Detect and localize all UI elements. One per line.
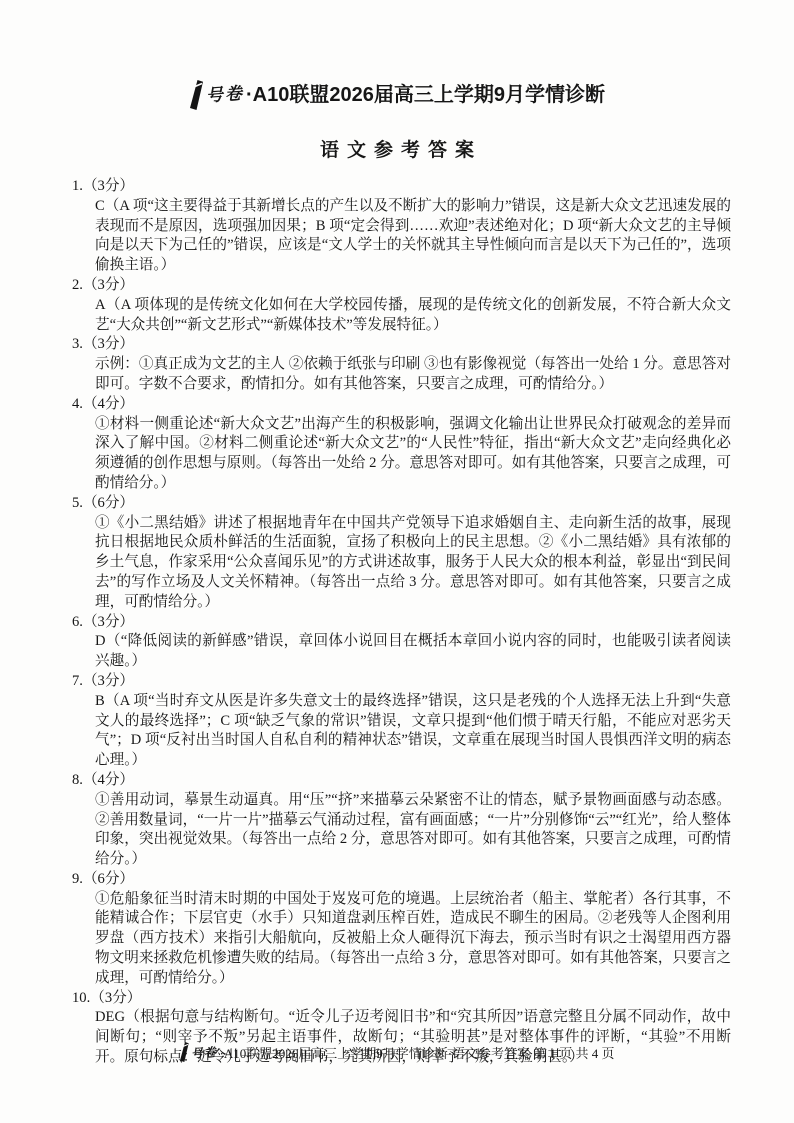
- logo-one-stroke-icon: [189, 80, 203, 110]
- page-title: 号卷 ·A10联盟2026届高三上学期9月学情诊断: [189, 80, 605, 110]
- answer-label: 7.（3分）: [72, 672, 731, 692]
- answer-item: 1.（3分）C（A 项“这主要得益于其新增长点的产生以及不断扩大的影响力”错误，…: [72, 177, 731, 276]
- answer-item: 4.（4分）①材料一侧重论述“新大众文艺”出海产生的积极影响，强调文化输出让世界…: [72, 395, 731, 494]
- page-header: 号卷 ·A10联盟2026届高三上学期9月学情诊断 语文参考答案: [0, 0, 794, 162]
- footer-brand-logo: 号卷: [179, 1042, 217, 1062]
- answer-body: B（A 项“当时弃文从医是许多失意文士的最终选择”错误，这只是老残的个人选择无法…: [95, 692, 731, 771]
- answer-body: ①善用动词，摹景生动逼真。用“压”“挤”来描摹云朵紧密不让的情态，赋予景物画面感…: [95, 791, 731, 870]
- answer-item: 8.（4分）①善用动词，摹景生动逼真。用“压”“挤”来描摹云朵紧密不让的情态，赋…: [72, 771, 731, 870]
- answer-label: 8.（4分）: [72, 771, 731, 791]
- answer-body: C（A 项“这主要得益于其新增长点的产生以及不断扩大的影响力”错误，这是新大众文…: [95, 197, 731, 276]
- page-title-text: ·A10联盟2026届高三上学期9月学情诊断: [246, 82, 605, 108]
- answer-item: 7.（3分）B（A 项“当时弃文从医是许多失意文士的最终选择”错误，这只是老残的…: [72, 672, 731, 771]
- answer-body: ①材料一侧重论述“新大众文艺”出海产生的积极影响，强调文化输出让世界民众打破观念…: [95, 415, 731, 494]
- document-page: 号卷 ·A10联盟2026届高三上学期9月学情诊断 语文参考答案 1.（3分）C…: [0, 0, 794, 1123]
- answer-label: 6.（3分）: [72, 613, 731, 633]
- footer-text: ·A10联盟2026届高三上学期9月学情诊断·语文参考答案 第 1 页 共 4 …: [219, 1043, 614, 1062]
- answer-label: 10.（3分）: [72, 989, 731, 1009]
- logo-one-stroke-icon: [179, 1042, 189, 1062]
- logo-script-text: 号卷: [205, 81, 245, 110]
- answer-body: ①危船象征当时清末时期的中国处于岌岌可危的境遇。上层统治者（船主、掌舵者）各行其…: [95, 890, 731, 989]
- answer-item: 3.（3分）示例：①真正成为文艺的主人 ②依赖于纸张与印刷 ③也有影像视觉（每答…: [72, 335, 731, 394]
- page-subtitle: 语文参考答案: [0, 135, 794, 162]
- answer-body: A（A 项体现的是传统文化如何在大学校园传播，展现的是传统文化的创新发展，不符合…: [95, 296, 731, 336]
- answer-label: 9.（6分）: [72, 870, 731, 890]
- answer-label: 2.（3分）: [72, 276, 731, 296]
- answer-item: 9.（6分）①危船象征当时清末时期的中国处于岌岌可危的境遇。上层统治者（船主、掌…: [72, 870, 731, 989]
- answer-label: 4.（4分）: [72, 395, 731, 415]
- exam-brand-logo: 号卷: [189, 80, 244, 110]
- page-footer: 号卷 ·A10联盟2026届高三上学期9月学情诊断·语文参考答案 第 1 页 共…: [0, 1042, 794, 1066]
- answer-body: 示例：①真正成为文艺的主人 ②依赖于纸张与印刷 ③也有影像视觉（每答出一处给 1…: [95, 355, 731, 395]
- answer-body: D（“降低阅读的新鲜感”错误，章回体小说回目在概括本章回小说内容的同时，也能吸引…: [95, 632, 731, 672]
- answer-label: 5.（6分）: [72, 494, 731, 514]
- answer-label: 3.（3分）: [72, 335, 731, 355]
- answer-item: 6.（3分）D（“降低阅读的新鲜感”错误，章回体小说回目在概括本章回小说内容的同…: [72, 613, 731, 672]
- answer-label: 1.（3分）: [72, 177, 731, 197]
- answer-item: 2.（3分）A（A 项体现的是传统文化如何在大学校园传播，展现的是传统文化的创新…: [72, 276, 731, 335]
- footer-logo-script-text: 号卷: [191, 1043, 218, 1062]
- answer-body: ①《小二黑结婚》讲述了根据地青年在中国共产党领导下追求婚姻自主、走向新生活的故事…: [95, 514, 731, 613]
- answer-list: 1.（3分）C（A 项“这主要得益于其新增长点的产生以及不断扩大的影响力”错误，…: [72, 177, 731, 1068]
- footer-inner: 号卷 ·A10联盟2026届高三上学期9月学情诊断·语文参考答案 第 1 页 共…: [179, 1042, 614, 1062]
- answer-item: 5.（6分）①《小二黑结婚》讲述了根据地青年在中国共产党领导下追求婚姻自主、走向…: [72, 494, 731, 613]
